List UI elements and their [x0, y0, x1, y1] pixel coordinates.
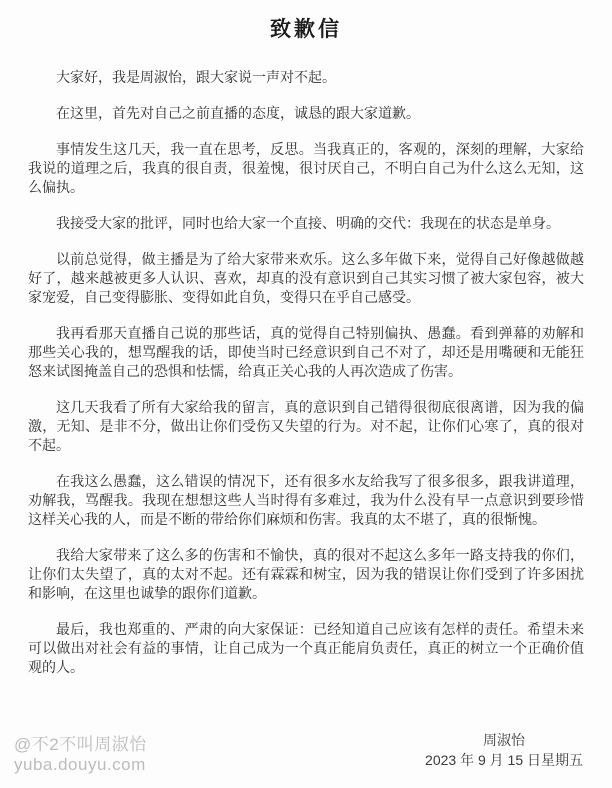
- letter-paragraph-apology-intro: 在这里，首先对自己之前直播的态度，诚恳的跟大家道歉。: [28, 104, 584, 123]
- signature-date: 2023 年 9 月 15 日星期五: [425, 750, 583, 770]
- watermark-handle: @不2不叫周淑怡: [14, 735, 147, 755]
- letter-title: 致歉信: [0, 0, 612, 43]
- watermark: @不2不叫周淑怡 yuba.douyu.com: [14, 735, 147, 775]
- letter-paragraph-status-statement: 我接受大家的批评，同时也给大家一个直接、明确的交代：我现在的状态是单身。: [28, 214, 584, 233]
- letter-paragraph-comments-realization: 这几天我看了所有大家给我的留言，真的意识到自己错得很彻底很离谱，因为我的偏激，无…: [28, 398, 584, 455]
- letter-paragraph-streamer-career: 以前总觉得，做主播是为了给大家带来欢乐。这么多年做下来，觉得自己好像越做越好了，…: [28, 250, 584, 307]
- letter-paragraph-apology-to-fans: 我给大家带来了这么多的伤害和不愉快，真的很对不起这么多年一路支持我的你们，让你们…: [28, 546, 584, 603]
- letter-paragraph-greeting: 大家好，我是周淑怡，跟大家说一声对不起。: [28, 68, 584, 87]
- letter-paragraph-supporters-gratitude: 在我这么愚蠢，这么错误的情况下，还有很多水友给我写了很多很多，跟我讲道理，劝解我…: [28, 472, 584, 529]
- letter-paragraph-promise: 最后，我也郑重的、严肃的向大家保证：已经知道自己应该有怎样的责任。希望未来可以做…: [28, 620, 584, 677]
- apology-letter-page: 致歉信 大家好，我是周淑怡，跟大家说一声对不起。 在这里，首先对自己之前直播的态…: [0, 0, 612, 788]
- letter-paragraph-stream-remarks: 我再看那天直播自己说的那些话，真的觉得自己特别偏执、愚蠢。看到弹幕的劝解和那些关…: [28, 324, 584, 381]
- signature-name: 周淑怡: [425, 730, 583, 750]
- letter-body: 大家好，我是周淑怡，跟大家说一声对不起。 在这里，首先对自己之前直播的态度，诚恳…: [0, 43, 612, 677]
- signature-block: 周淑怡 2023 年 9 月 15 日星期五: [425, 730, 583, 770]
- watermark-url: yuba.douyu.com: [14, 755, 147, 775]
- letter-paragraph-reflection: 事情发生这几天，我一直在思考，反思。当我真正的，客观的，深刻的理解，大家给我说的…: [28, 140, 584, 197]
